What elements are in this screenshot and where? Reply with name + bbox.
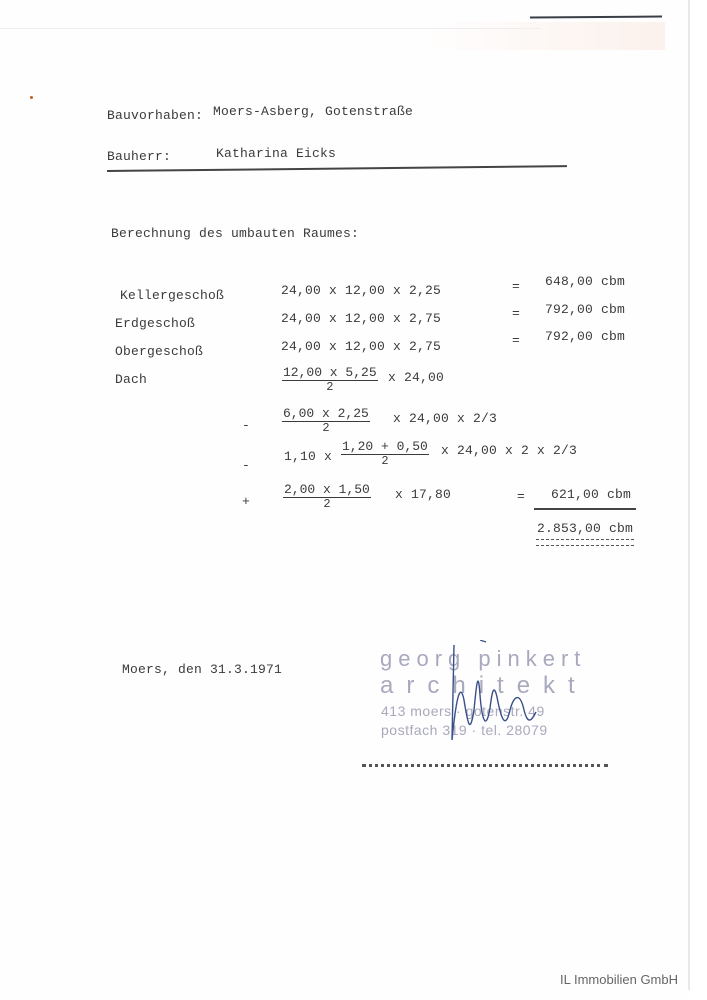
sum-rule (534, 508, 636, 510)
page-edge (688, 0, 690, 990)
roof-fraction-3: 1,20 + 0,50 2 (341, 440, 429, 467)
row-formula-erdgeschoss: 24,00 x 12,00 x 2,75 (281, 311, 441, 326)
fraction-numerator: 1,20 + 0,50 (341, 440, 429, 455)
roof-fraction-4: 2,00 x 1,50 2 (283, 483, 371, 510)
signature-icon (440, 640, 550, 750)
roof-line2-sign: - (242, 418, 250, 433)
signature-line (362, 764, 608, 770)
roof-result: 621,00 cbm (551, 487, 631, 502)
roof-fraction-2: 6,00 x 2,25 2 (282, 407, 370, 434)
section-title: Berechnung des umbauten Raumes: (111, 226, 359, 241)
row-result-obergeschoss: 792,00 cbm (545, 329, 625, 344)
row-result-erdgeschoss: 792,00 cbm (545, 302, 625, 317)
top-faint-line (0, 28, 540, 29)
row-eq: = (512, 306, 520, 321)
total-volume: 2.853,00 cbm (537, 521, 633, 536)
roof-line3-sign: - (242, 458, 250, 473)
row-label-kellergeschoss: Kellergeschoß (120, 288, 224, 303)
project-label: Bauvorhaben: (107, 108, 203, 123)
fraction-denominator: 2 (282, 381, 378, 393)
fraction-denominator: 2 (341, 455, 429, 467)
row-label-erdgeschoss: Erdgeschoß (115, 316, 195, 331)
row-formula-obergeschoss: 24,00 x 12,00 x 2,75 (281, 339, 441, 354)
row-result-kellergeschoss: 648,00 cbm (545, 274, 625, 289)
watermark: IL Immobilien GmbH (560, 972, 678, 987)
roof-fraction-1: 12,00 x 5,25 2 (282, 366, 378, 393)
roof-line3-pre: 1,10 x (284, 449, 332, 464)
roof-line3-rest: x 24,00 x 2 x 2/3 (441, 443, 577, 458)
total-double-rule (536, 539, 634, 546)
fraction-numerator: 6,00 x 2,25 (282, 407, 370, 422)
roof-line4-eq: = (517, 489, 525, 504)
place-date: Moers, den 31.3.1971 (122, 662, 282, 677)
roof-line1-rest: x 24,00 (388, 370, 444, 385)
owner-label: Bauherr: (107, 149, 171, 164)
row-formula-kellergeschoss: 24,00 x 12,00 x 2,25 (281, 283, 441, 298)
roof-label: Dach (115, 372, 147, 387)
scan-speck (30, 96, 33, 99)
fraction-numerator: 2,00 x 1,50 (283, 483, 371, 498)
fraction-numerator: 12,00 x 5,25 (282, 366, 378, 381)
fraction-denominator: 2 (283, 498, 371, 510)
scan-tint (420, 22, 665, 50)
roof-line4-rest: x 17,80 (395, 487, 451, 502)
row-eq: = (512, 279, 520, 294)
fraction-denominator: 2 (282, 422, 370, 434)
roof-line2-rest: x 24,00 x 2/3 (393, 411, 497, 426)
row-eq: = (512, 333, 520, 348)
roof-line4-sign: + (242, 494, 250, 509)
project-value: Moers-Asberg, Gotenstraße (213, 104, 413, 119)
row-label-obergeschoss: Obergeschoß (115, 344, 203, 359)
owner-value: Katharina Eicks (216, 146, 336, 161)
